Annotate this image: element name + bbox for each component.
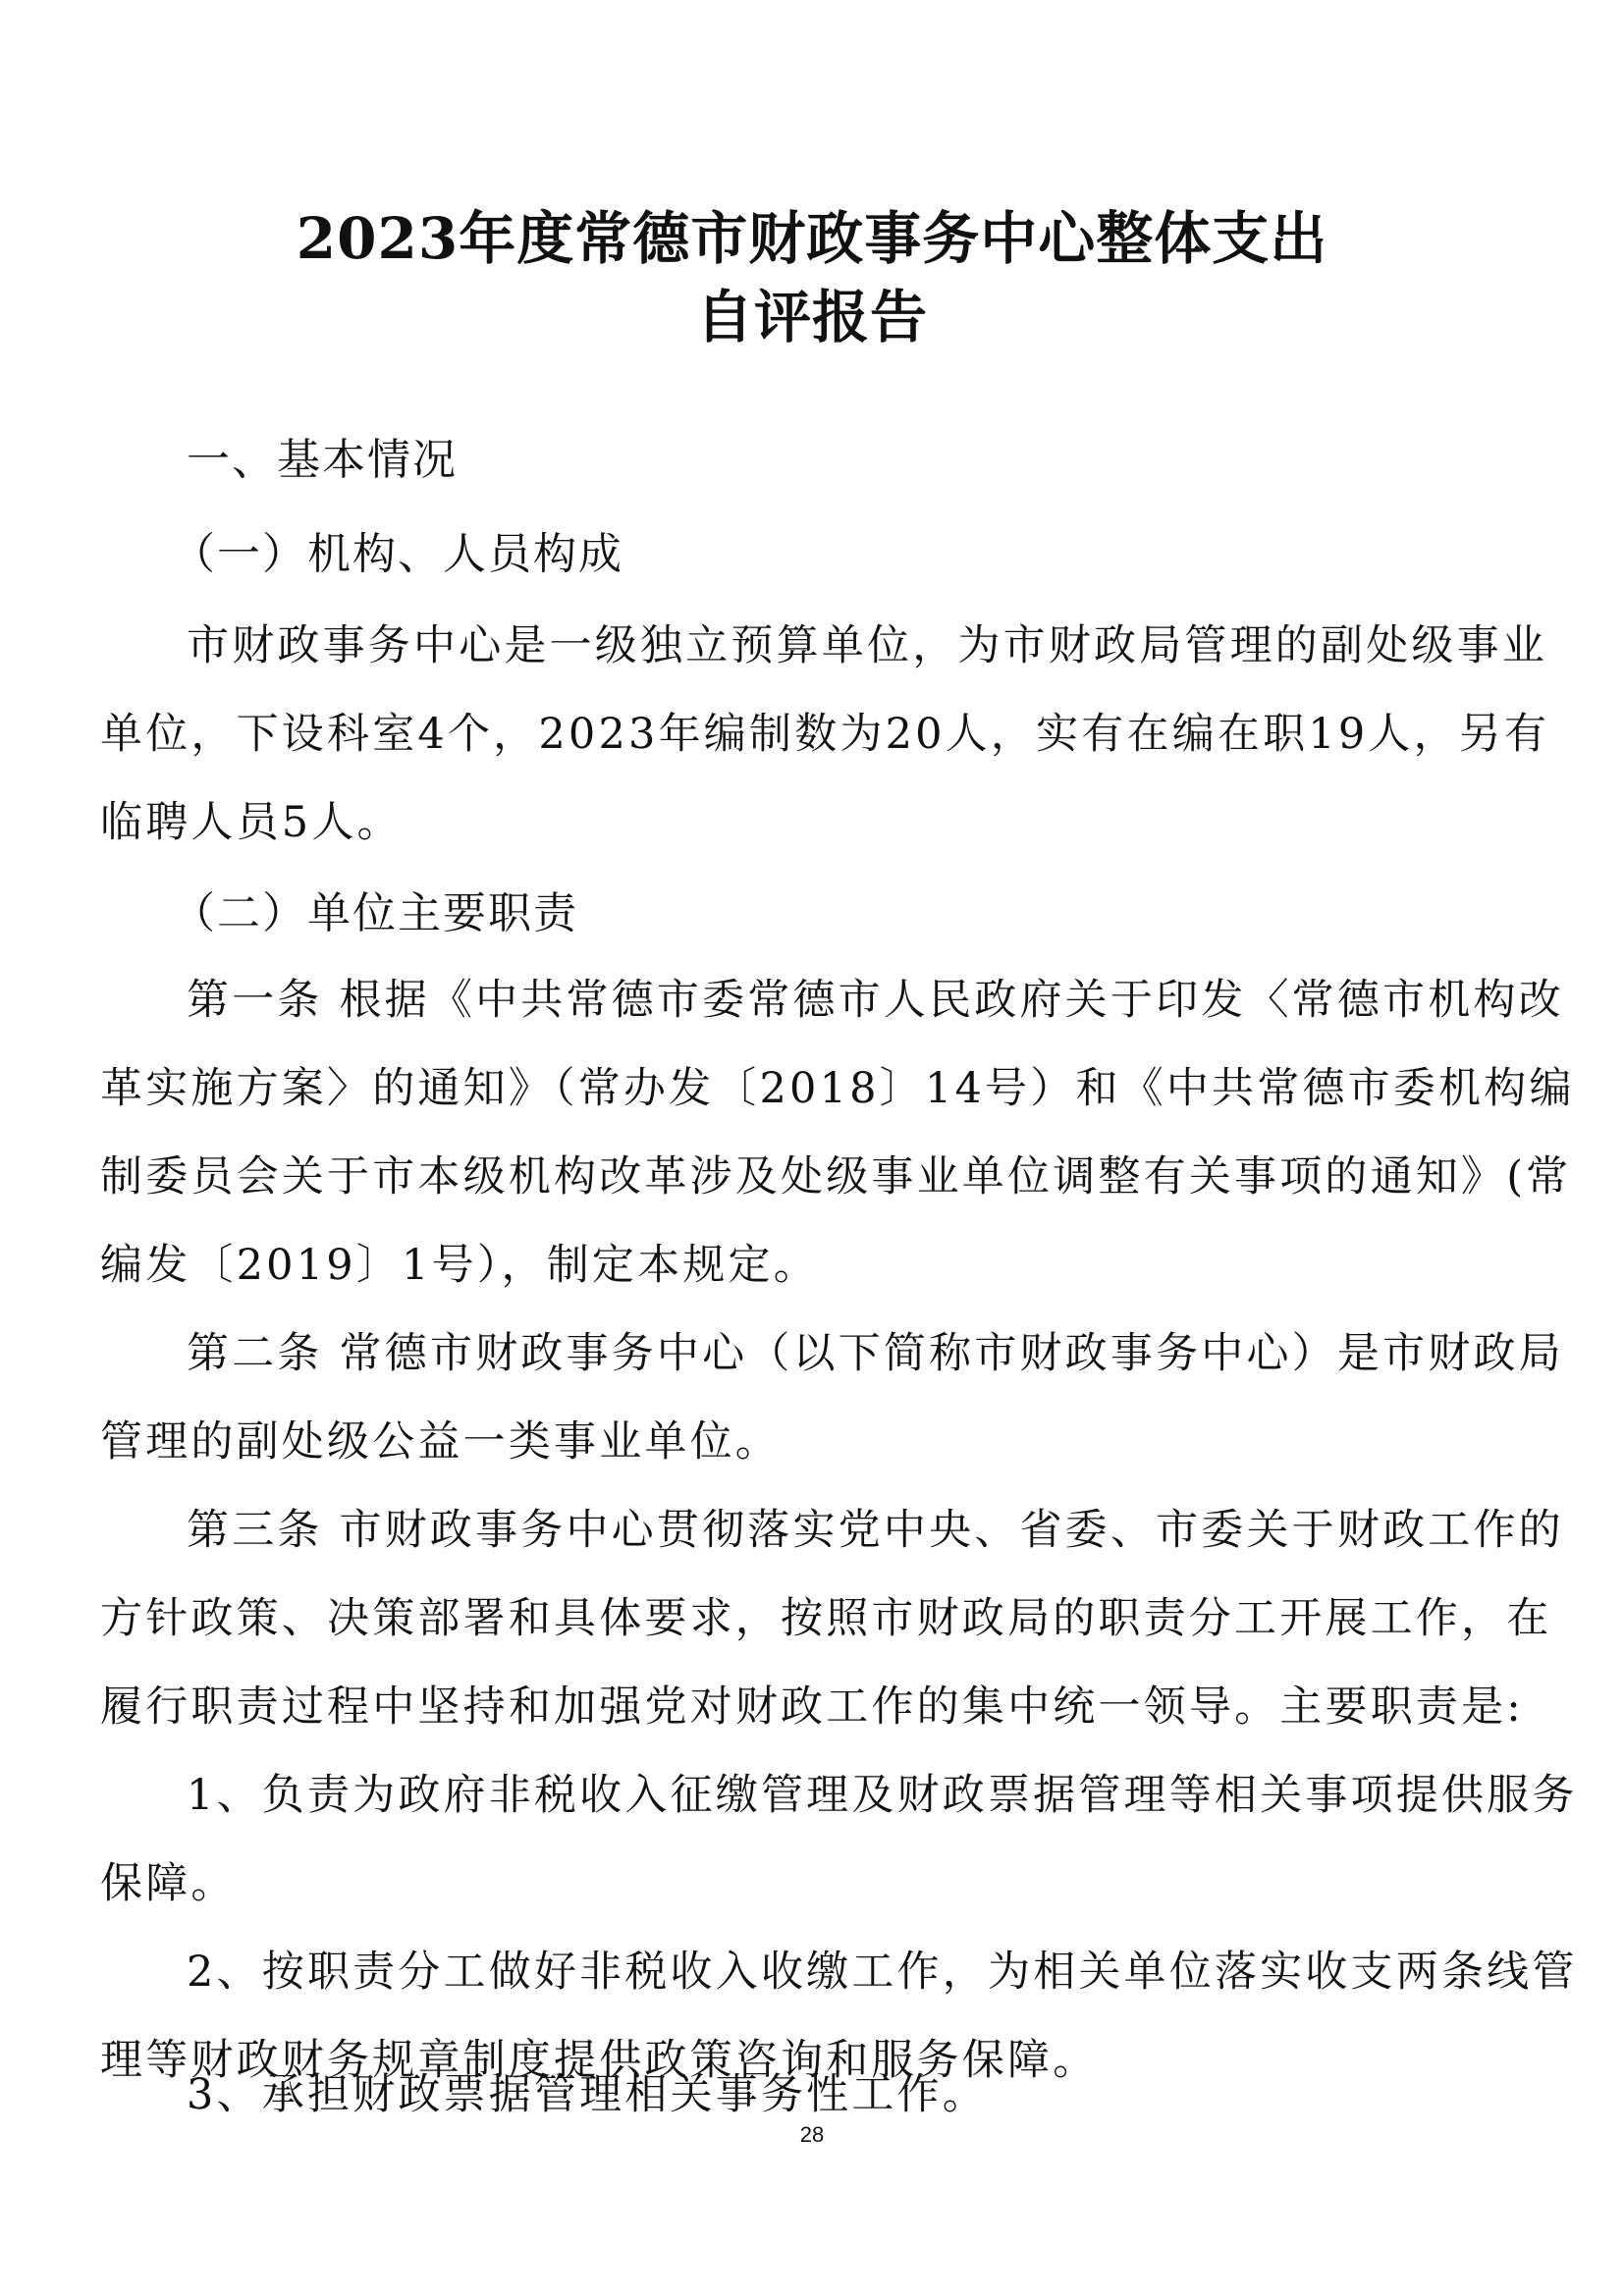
article-2-line: 管理的副处级公益一类事业单位。 — [100, 1409, 1524, 1468]
article-1-line: 制委员会关于市本级机构改革涉及处级事业单位调整有关事项的通知》(常 — [100, 1144, 1524, 1203]
subsection-heading-duties: （二）单位主要职责 — [172, 878, 1596, 940]
article-1-line: 第一条 根据《中共常德市委常德市人民政府关于印发〈常德市机构改 — [187, 967, 1524, 1027]
document-title-line2: 自评报告 — [0, 271, 1624, 353]
document-title-line1: 2023年度常德市财政事务中心整体支出 — [0, 192, 1624, 275]
article-3-line: 第三条 市财政事务中心贯彻落实党中央、省委、市委关于财政工作的 — [187, 1497, 1524, 1557]
duty-2-line: 2、按职责分工做好非税收入收缴工作，为相关单位落实收支两条线管 — [187, 1939, 1524, 1999]
duty-3-line: 3、承担财政票据管理相关事务性工作。 — [187, 2061, 1524, 2121]
article-3-line: 方针政策、决策部署和具体要求，按照市财政局的职责分工开展工作，在 — [100, 1585, 1524, 1645]
page-number: 28 — [0, 2122, 1624, 2148]
duty-1-line: 1、负责为政府非税收入征缴管理及财政票据管理等相关事项提供服务 — [187, 1762, 1524, 1822]
article-2-line: 第二条 常德市财政事务中心（以下简称市财政事务中心）是市财政局 — [187, 1320, 1524, 1380]
paragraph-line: 市财政事务中心是一级独立预算单位，为市财政局管理的副处级事业 — [187, 613, 1524, 672]
paragraph-line: 临聘人员5人。 — [100, 789, 1524, 849]
article-1-line: 革实施方案〉的通知》（常办发〔2018〕14号）和《中共常德市委机构编 — [100, 1055, 1524, 1115]
duty-1-line: 保障。 — [100, 1850, 1524, 1910]
paragraph-line: 单位，下设科室4个，2023年编制数为20人，实有在编在职19人，另有 — [100, 701, 1524, 761]
subsection-heading-organization: （一）机构、人员构成 — [172, 518, 1596, 581]
article-3-line: 履行职责过程中坚持和加强党对财政工作的集中统一领导。主要职责是: — [100, 1674, 1524, 1734]
article-1-line: 编发〔2019〕1号），制定本规定。 — [100, 1232, 1524, 1292]
section-heading-basic-info: 一、基本情况 — [187, 424, 1524, 487]
